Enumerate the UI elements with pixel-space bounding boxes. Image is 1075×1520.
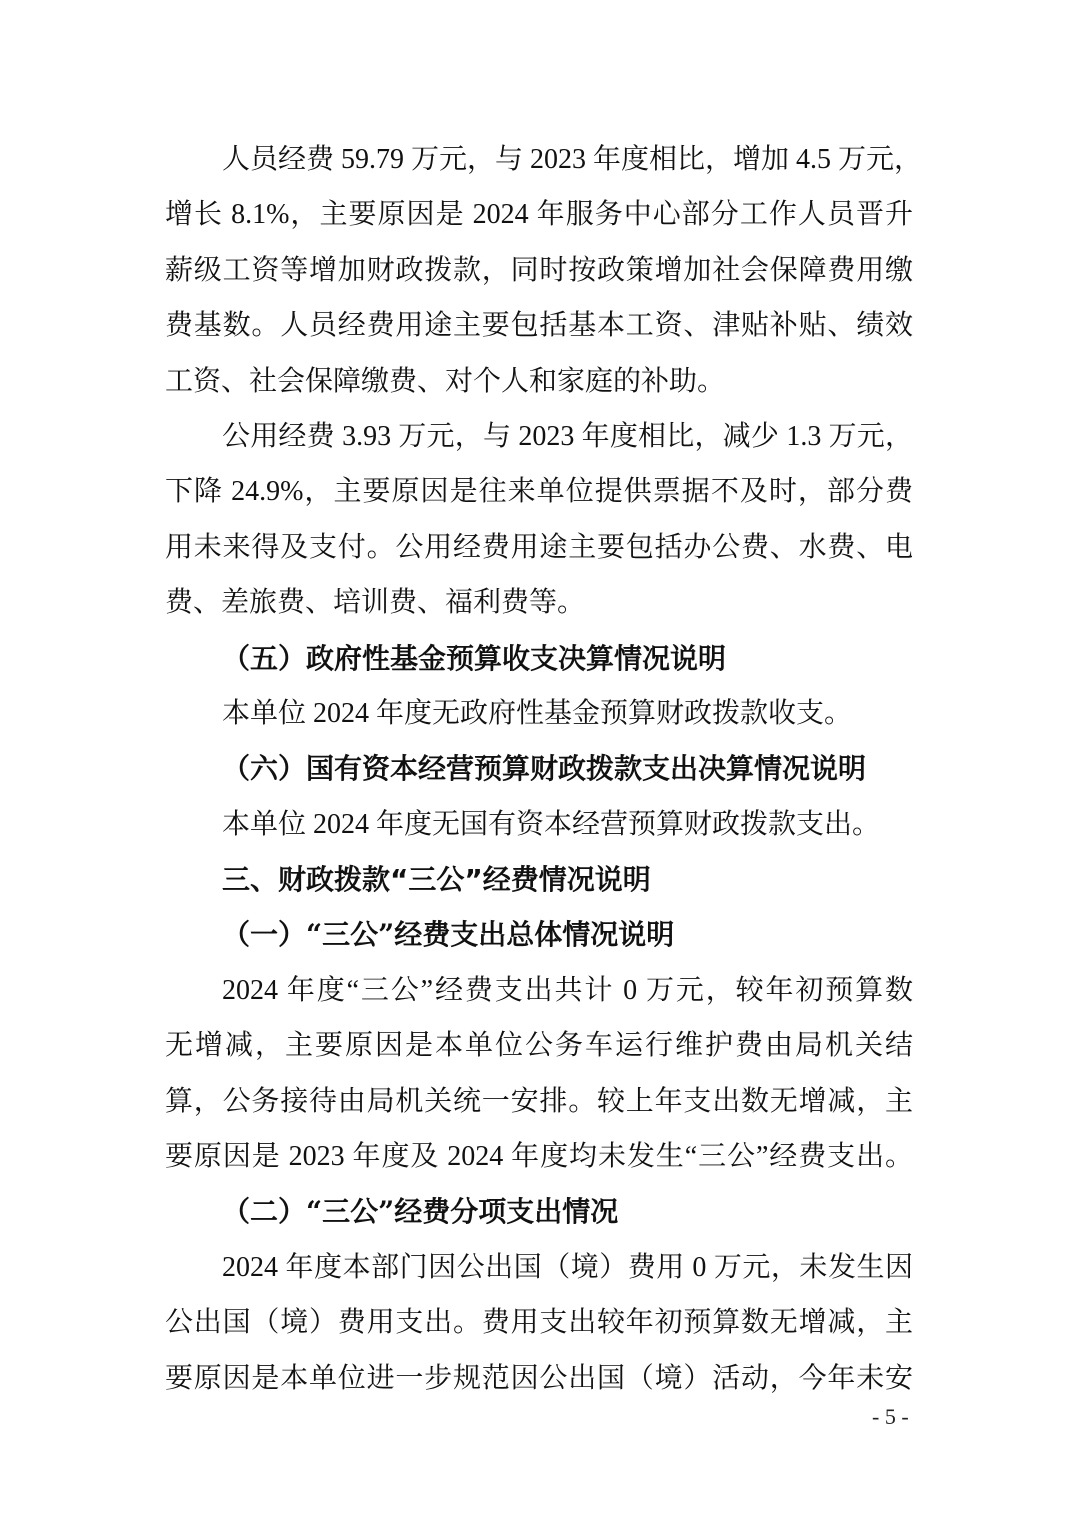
paragraph-itemized-line-2: 公出国（境）费用支出。费用支出较年初预算数无增减，主 xyxy=(165,1295,913,1350)
section-heading-overall-three-public: （一）“三公”经费支出总体情况说明 xyxy=(165,907,913,962)
paragraph-personnel-expense-line-3: 薪级工资等增加财政拨款，同时按政策增加社会保障费用缴 xyxy=(165,243,913,298)
paragraph-itemized-line-3: 要原因是本单位进一步规范因公出国（境）活动，今年未安 xyxy=(165,1351,913,1406)
paragraph-overall-line-2: 无增减，主要原因是本单位公务车运行维护费由局机关结 xyxy=(165,1018,913,1073)
paragraph-overall-line-1: 2024 年度“三公”经费支出共计 0 万元，较年初预算数 xyxy=(165,963,913,1018)
document-page: 人员经费 59.79 万元，与 2023 年度相比，增加 4.5 万元， 增长 … xyxy=(165,132,913,1406)
paragraph-overall-line-4: 要原因是 2023 年度及 2024 年度均未发生“三公”经费支出。 xyxy=(165,1129,913,1184)
paragraph-personnel-expense-line-5: 工资、社会保障缴费、对个人和家庭的补助。 xyxy=(165,354,913,409)
chapter-heading-three-public-expenses: 三、财政拨款“三公”经费情况说明 xyxy=(165,852,913,907)
paragraph-government-fund: 本单位 2024 年度无政府性基金预算财政拨款收支。 xyxy=(165,686,913,741)
paragraph-public-expense-line-4: 费、差旅费、培训费、福利费等。 xyxy=(165,575,913,630)
section-heading-itemized-three-public: （二）“三公”经费分项支出情况 xyxy=(165,1184,913,1239)
paragraph-itemized-line-1: 2024 年度本部门因公出国（境）费用 0 万元，未发生因 xyxy=(165,1240,913,1295)
paragraph-overall-line-3: 算，公务接待由局机关统一安排。较上年支出数无增减，主 xyxy=(165,1074,913,1129)
paragraph-public-expense-line-1: 公用经费 3.93 万元，与 2023 年度相比，减少 1.3 万元， xyxy=(165,409,913,464)
paragraph-personnel-expense-line-1: 人员经费 59.79 万元，与 2023 年度相比，增加 4.5 万元， xyxy=(165,132,913,187)
section-heading-government-fund: （五）政府性基金预算收支决算情况说明 xyxy=(165,631,913,686)
paragraph-public-expense-line-3: 用未来得及支付。公用经费用途主要包括办公费、水费、电 xyxy=(165,520,913,575)
page-number: - 5 - xyxy=(872,1404,909,1430)
paragraph-personnel-expense-line-2: 增长 8.1%，主要原因是 2024 年服务中心部分工作人员晋升 xyxy=(165,187,913,242)
paragraph-state-capital: 本单位 2024 年度无国有资本经营预算财政拨款支出。 xyxy=(165,797,913,852)
paragraph-personnel-expense-line-4: 费基数。人员经费用途主要包括基本工资、津贴补贴、绩效 xyxy=(165,298,913,353)
section-heading-state-capital: （六）国有资本经营预算财政拨款支出决算情况说明 xyxy=(165,741,913,796)
paragraph-public-expense-line-2: 下降 24.9%，主要原因是往来单位提供票据不及时，部分费 xyxy=(165,464,913,519)
